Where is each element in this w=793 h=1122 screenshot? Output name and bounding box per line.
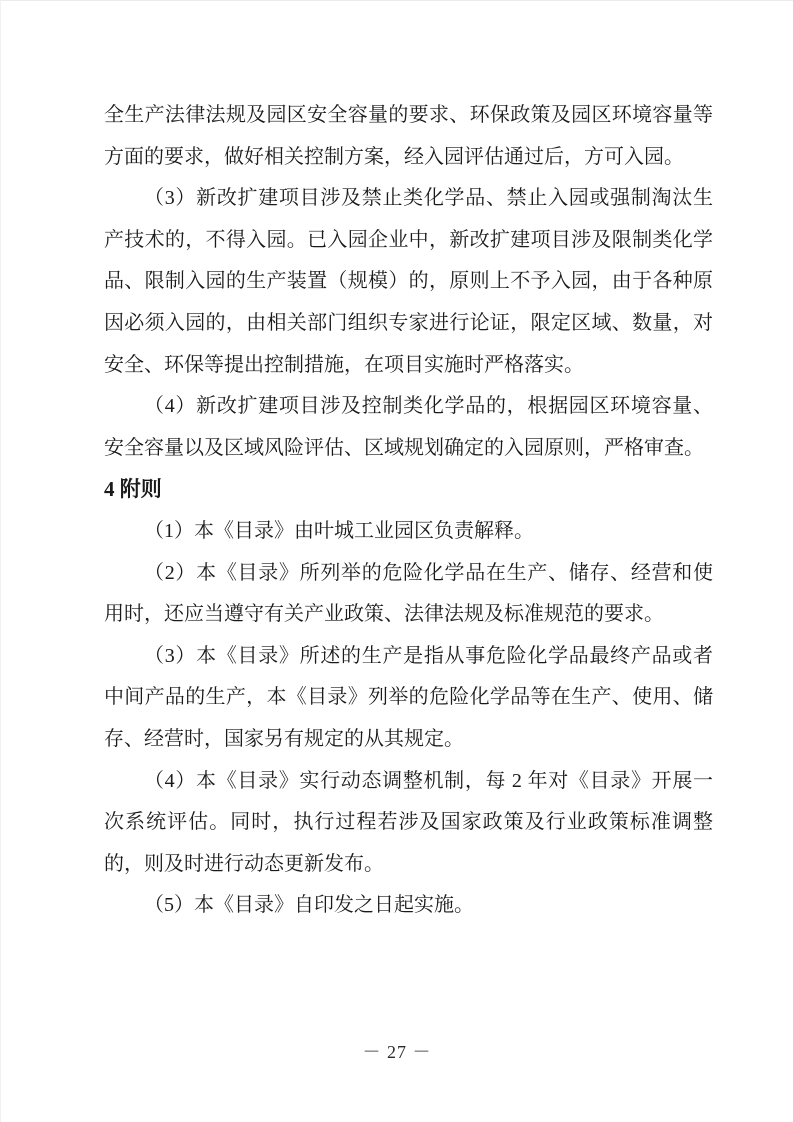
page-number: － 27 －: [1, 1039, 793, 1065]
paragraph: 全生产法律法规及园区安全容量的要求、环保政策及园区环境容量等方面的要求，做好相关…: [104, 95, 713, 178]
appendix-item: （5）本《目录》自印发之日起实施。: [104, 885, 713, 927]
appendix-item: （4）本《目录》实行动态调整机制，每 2 年对《目录》开展一次系统评估。同时，执…: [104, 761, 713, 886]
document-page: 全生产法律法规及园区安全容量的要求、环保政策及园区环境容量等方面的要求，做好相关…: [0, 0, 793, 1122]
appendix-item: （3）本《目录》所述的生产是指从事危险化学品最终产品或者中间产品的生产，本《目录…: [104, 636, 713, 761]
paragraph: （3）新改扩建项目涉及禁止类化学品、禁止入园或强制淘汰生产技术的，不得入园。已入…: [104, 178, 713, 386]
page-body: 全生产法律法规及园区安全容量的要求、环保政策及园区环境容量等方面的要求，做好相关…: [104, 95, 713, 927]
section-heading: 4 附则: [104, 469, 713, 511]
appendix-item: （1）本《目录》由叶城工业园区负责解释。: [104, 511, 713, 553]
paragraph: （4）新改扩建项目涉及控制类化学品的，根据园区环境容量、安全容量以及区域风险评估…: [104, 386, 713, 469]
appendix-item: （2）本《目录》所列举的危险化学品在生产、储存、经营和使用时，还应当遵守有关产业…: [104, 553, 713, 636]
